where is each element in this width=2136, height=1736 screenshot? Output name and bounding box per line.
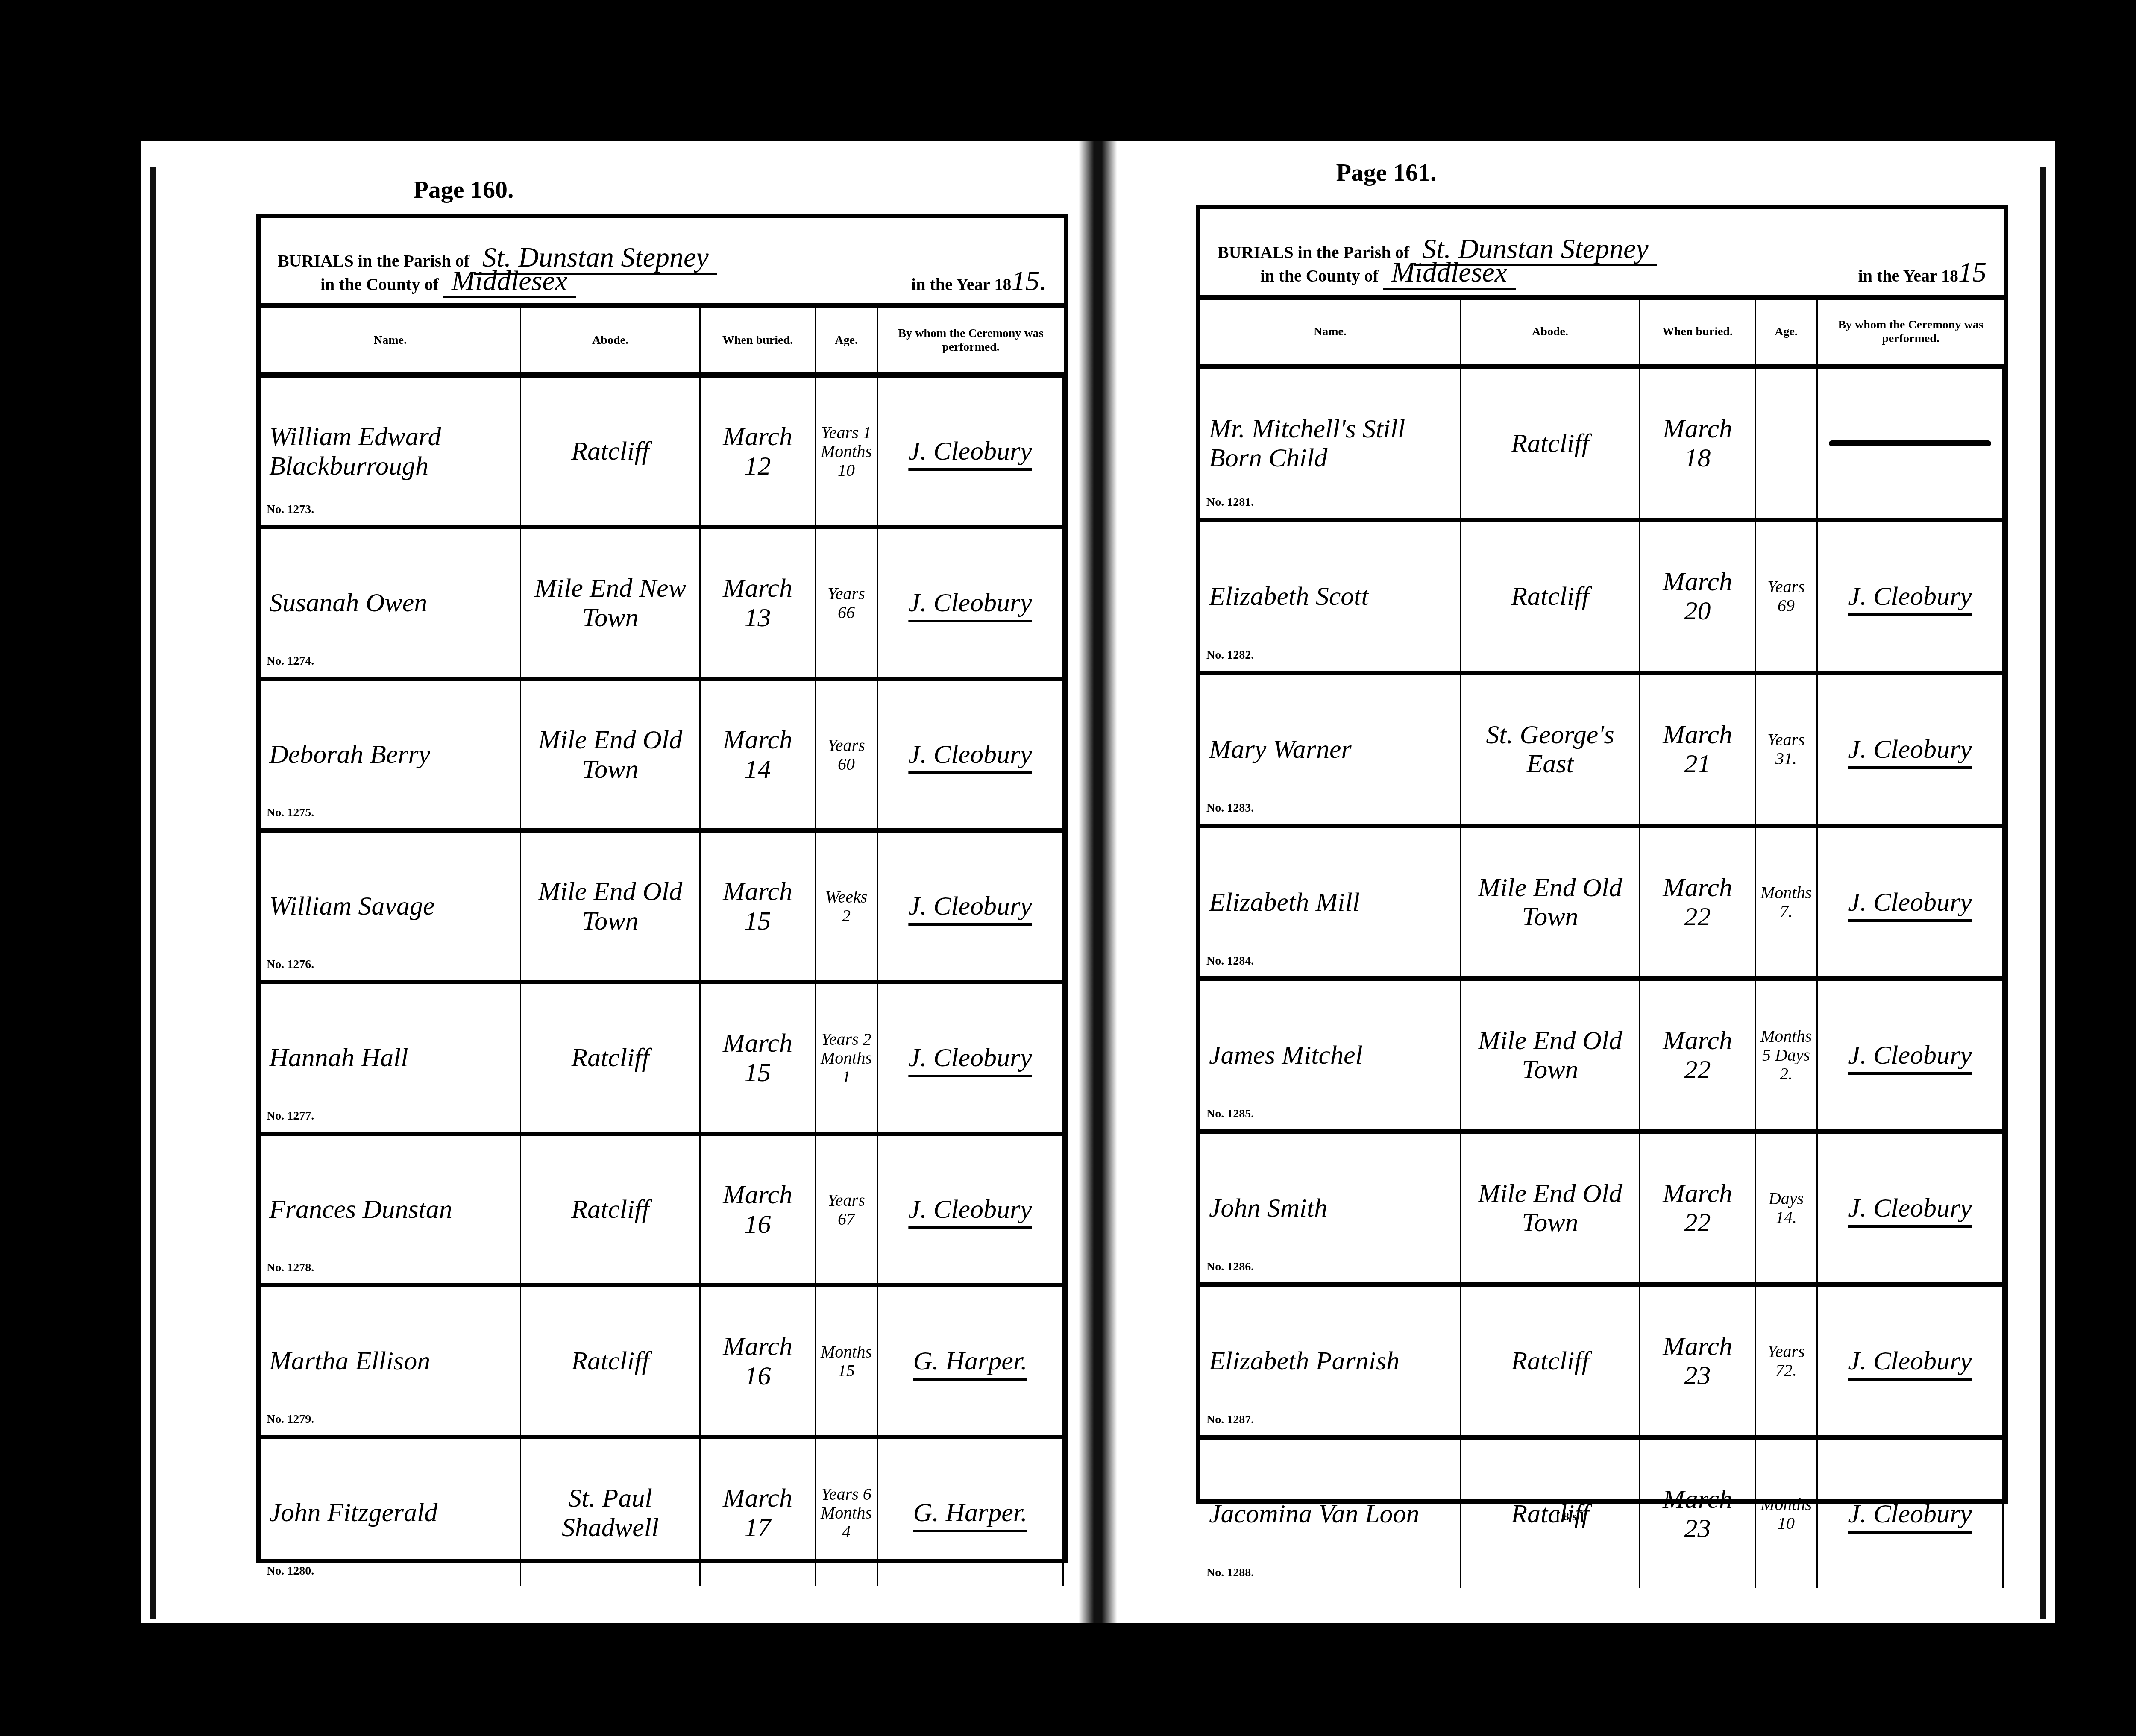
- burial-month: March: [723, 1332, 792, 1361]
- burial-date-cell: March23: [1640, 1287, 1756, 1435]
- blank-dash: [1829, 440, 1991, 446]
- burial-month: March: [1663, 873, 1732, 902]
- burial-day: 22: [1684, 902, 1711, 931]
- column-header: When buried.: [1640, 300, 1756, 364]
- column-header: Age.: [816, 308, 878, 372]
- abode: Mile End Old Town: [1464, 1026, 1636, 1084]
- burial-date-cell: March12: [701, 378, 816, 525]
- table-row: William Edward Blackburrough Ratcliff Ma…: [261, 378, 1064, 529]
- burial-date-cell: March22: [1640, 828, 1756, 976]
- age: Years 6 Months 4: [819, 1485, 873, 1541]
- burial-month: March: [723, 1029, 792, 1058]
- column-header: When buried.: [701, 308, 816, 372]
- abode-cell: Ratcliff: [521, 1287, 701, 1435]
- column-headers: Name.Abode.When buried.Age.By whom the C…: [261, 308, 1064, 378]
- abode-cell: Mile End New Town: [521, 529, 701, 677]
- age: Weeks 2: [819, 888, 873, 925]
- minister-cell: J. Cleobury: [878, 984, 1064, 1132]
- deceased-name: Frances Dunstan: [269, 1195, 452, 1224]
- entry-number: No. 1286.: [1206, 1260, 1254, 1274]
- minister-name: G. Harper.: [913, 1498, 1027, 1527]
- abode: Ratcliff: [1511, 582, 1589, 611]
- minister-cell: J. Cleobury: [878, 681, 1064, 828]
- burial-month: March: [1663, 1026, 1732, 1055]
- page-number: Page 161.: [936, 158, 1837, 187]
- burial-month: March: [723, 422, 792, 451]
- abode-cell: Ratcliff: [1461, 522, 1640, 671]
- minister-cell: [1818, 369, 2004, 518]
- column-header: Name.: [1200, 300, 1461, 364]
- right-page: Page 161. BURIALS in the Parish of St. D…: [1119, 141, 2021, 1585]
- age: Years 60: [819, 736, 873, 774]
- deceased-name: Mr. Mitchell's Still Born Child: [1209, 414, 1456, 472]
- age-cell: Years 67: [816, 1136, 878, 1283]
- minister-cell: J. Cleobury: [1818, 522, 2004, 671]
- year-suffix: 15.: [1012, 265, 1047, 296]
- minister-name: J. Cleobury: [1848, 1193, 1972, 1223]
- entry-number: No. 1287.: [1206, 1413, 1254, 1427]
- deceased-name: Elizabeth Scott: [1209, 582, 1369, 611]
- year-label: in the Year 18: [911, 275, 1011, 294]
- age-cell: Years 6 Months 4: [816, 1439, 878, 1586]
- abode-cell: St. George's East: [1461, 675, 1640, 824]
- deceased-name: Elizabeth Parnish: [1209, 1346, 1400, 1375]
- table-row: William Savage Mile End Old Town March15…: [261, 833, 1064, 984]
- entry-number: No. 1288.: [1206, 1566, 1254, 1580]
- burial-day: 22: [1684, 1055, 1711, 1084]
- abode: Ratcliff: [1511, 429, 1589, 458]
- abode: Mile End Old Town: [1464, 873, 1636, 931]
- burial-day: 18: [1684, 443, 1711, 472]
- table-row: Susanah Owen Mile End New Town March13 Y…: [261, 529, 1064, 681]
- age-cell: Years 1 Months 10: [816, 378, 878, 525]
- burial-month: March: [1663, 1485, 1732, 1514]
- county-label: in the County of: [320, 275, 439, 294]
- table-row: Elizabeth Parnish Ratcliff March23 Years…: [1200, 1287, 2004, 1440]
- burial-day: 22: [1684, 1208, 1711, 1237]
- table-row: Hannah Hall Ratcliff March15 Years 2 Mon…: [261, 984, 1064, 1136]
- abode-cell: Ratcliff: [1461, 369, 1640, 518]
- burial-date-cell: March16: [701, 1136, 816, 1283]
- deceased-name: Elizabeth Mill: [1209, 888, 1360, 917]
- register-book: Page 160. BURIALS in the Parish of St. D…: [141, 141, 2055, 1623]
- column-header: By whom the Ceremony was performed.: [1818, 300, 2004, 364]
- minister-name: J. Cleobury: [1848, 582, 1972, 611]
- age: Years 2 Months 1: [819, 1030, 873, 1086]
- abode-cell: Mile End Old Town: [521, 681, 701, 828]
- table-row: Elizabeth Mill Mile End Old Town March22…: [1200, 828, 2004, 981]
- abode: Ratcliff: [1511, 1346, 1589, 1375]
- abode-cell: Mile End Old Town: [521, 833, 701, 980]
- minister-cell: J. Cleobury: [1818, 828, 2004, 976]
- minister-cell: J. Cleobury: [878, 529, 1064, 677]
- minister-cell: J. Cleobury: [1818, 675, 2004, 824]
- burial-day: 15: [745, 1058, 771, 1087]
- minister-cell: G. Harper.: [878, 1439, 1064, 1586]
- abode: Mile End Old Town: [525, 877, 696, 935]
- abode: Ratcliff: [571, 1346, 649, 1375]
- burial-day: 16: [745, 1210, 771, 1239]
- burial-date-cell: March16: [701, 1287, 816, 1435]
- deceased-name: John Smith: [1209, 1193, 1327, 1223]
- abode-cell: St. Paul Shadwell: [521, 1439, 701, 1586]
- minister-cell: J. Cleobury: [878, 1136, 1064, 1283]
- minister-name: J. Cleobury: [908, 588, 1032, 617]
- burial-day: 16: [745, 1361, 771, 1390]
- minister-cell: G. Harper.: [878, 1287, 1064, 1435]
- county-name: Middlesex: [1383, 257, 1516, 290]
- burial-month: March: [1663, 567, 1732, 596]
- age: Years 67: [819, 1191, 873, 1229]
- minister-cell: J. Cleobury: [1818, 1134, 2004, 1282]
- entry-number: No. 1283.: [1206, 801, 1254, 815]
- burial-register-table: BURIALS in the Parish of St. Dunstan Ste…: [256, 214, 1068, 1563]
- table-row: Frances Dunstan Ratcliff March16 Years 6…: [261, 1136, 1064, 1287]
- minister-cell: J. Cleobury: [878, 378, 1064, 525]
- minister-name: J. Cleobury: [908, 891, 1032, 921]
- abode-cell: Mile End Old Town: [1461, 1134, 1640, 1282]
- table-row: Deborah Berry Mile End Old Town March14 …: [261, 681, 1064, 833]
- burial-month: March: [723, 725, 792, 754]
- abode: Ratcliff: [571, 437, 649, 466]
- minister-cell: J. Cleobury: [1818, 981, 2004, 1129]
- deceased-name: Mary Warner: [1209, 735, 1352, 764]
- abode: St. George's East: [1464, 720, 1636, 778]
- burial-month: March: [1663, 1179, 1732, 1208]
- age: Years 66: [819, 584, 873, 622]
- burial-date-cell: March13: [701, 529, 816, 677]
- burial-date-cell: March17: [701, 1439, 816, 1586]
- burial-day: 15: [745, 906, 771, 935]
- abode-cell: Mile End Old Town: [1461, 828, 1640, 976]
- year-suffix: 15: [1958, 257, 1986, 288]
- age-cell: [1756, 369, 1818, 518]
- entry-number: No. 1284.: [1206, 954, 1254, 968]
- abode-cell: Ratcliff: [521, 1136, 701, 1283]
- abode: Ratcliff: [571, 1195, 649, 1224]
- burial-date-cell: March14: [701, 681, 816, 828]
- county-label: in the County of: [1260, 266, 1379, 285]
- age-cell: Weeks 2: [816, 833, 878, 980]
- page-edge: [150, 167, 156, 1619]
- burial-date-cell: March15: [701, 833, 816, 980]
- table-row: John Smith Mile End Old Town March22 Day…: [1200, 1134, 2004, 1287]
- minister-cell: J. Cleobury: [1818, 1287, 2004, 1435]
- column-header: By whom the Ceremony was performed.: [878, 308, 1064, 372]
- minister-name: J. Cleobury: [908, 1195, 1032, 1224]
- age-cell: Years 31.: [1756, 675, 1818, 824]
- entry-number: No. 1282.: [1206, 648, 1254, 662]
- burial-date-cell: March22: [1640, 1134, 1756, 1282]
- year-label: in the Year 18: [1858, 266, 1958, 285]
- minister-name: J. Cleobury: [1848, 1346, 1972, 1375]
- deceased-name: Martha Ellison: [269, 1346, 430, 1375]
- age-cell: Years 60: [816, 681, 878, 828]
- table-row: John Fitzgerald St. Paul Shadwell March1…: [261, 1439, 1064, 1586]
- entry-number: No. 1281.: [1206, 496, 1254, 509]
- minister-name: J. Cleobury: [908, 740, 1032, 769]
- age: Years 1 Months 10: [819, 423, 873, 480]
- signature-mark: [ 8 s ]: [1119, 1510, 2021, 1524]
- abode: Ratcliff: [571, 1043, 649, 1072]
- left-page: Page 160. BURIALS in the Parish of St. D…: [175, 141, 1077, 1585]
- page-number: Page 160.: [13, 175, 914, 204]
- table-row: Mary Warner St. George's East March21 Ye…: [1200, 675, 2004, 828]
- age-cell: Months 15: [816, 1287, 878, 1435]
- minister-name: J. Cleobury: [1848, 1041, 1972, 1070]
- burial-date-cell: March21: [1640, 675, 1756, 824]
- deceased-name: William Edward Blackburrough: [269, 422, 516, 480]
- burial-month: March: [1663, 414, 1732, 443]
- age: Days 14.: [1759, 1189, 1813, 1227]
- burial-month: March: [723, 1180, 792, 1209]
- age-cell: Months 7.: [1756, 828, 1818, 976]
- age: Months 7.: [1759, 883, 1813, 921]
- column-header: Age.: [1756, 300, 1818, 364]
- age: Years 72.: [1759, 1342, 1813, 1380]
- entry-number: No. 1274.: [267, 654, 314, 668]
- minister-name: J. Cleobury: [1848, 888, 1972, 917]
- age-cell: Years 66: [816, 529, 878, 677]
- burial-month: March: [723, 1484, 792, 1513]
- burial-month: March: [723, 877, 792, 906]
- burial-month: March: [723, 574, 792, 603]
- book-gutter: [1079, 141, 1117, 1623]
- table-row: Mr. Mitchell's Still Born Child Ratcliff…: [1200, 369, 2004, 522]
- age-cell: Years 2 Months 1: [816, 984, 878, 1132]
- burial-day: 20: [1684, 596, 1711, 625]
- burial-day: 12: [745, 452, 771, 481]
- register-header: BURIALS in the Parish of St. Dunstan Ste…: [261, 218, 1064, 308]
- abode: St. Paul Shadwell: [525, 1484, 696, 1542]
- abode: Mile End New Town: [525, 574, 696, 632]
- age-cell: Years 72.: [1756, 1287, 1818, 1435]
- minister-name: J. Cleobury: [908, 437, 1032, 466]
- deceased-name: John Fitzgerald: [269, 1498, 437, 1527]
- burial-date-cell: March22: [1640, 981, 1756, 1129]
- burial-day: 14: [745, 755, 771, 784]
- entry-number: No. 1275.: [267, 806, 314, 820]
- table-row: Elizabeth Scott Ratcliff March20 Years 6…: [1200, 522, 2004, 675]
- table-row: James Mitchel Mile End Old Town March22 …: [1200, 981, 2004, 1134]
- entry-number: No. 1285.: [1206, 1107, 1254, 1121]
- deceased-name: William Savage: [269, 891, 434, 921]
- deceased-name: James Mitchel: [1209, 1041, 1363, 1070]
- burial-month: March: [1663, 720, 1732, 749]
- minister-name: J. Cleobury: [908, 1043, 1032, 1072]
- age: Months 15: [819, 1343, 873, 1380]
- burial-day: 17: [745, 1513, 771, 1542]
- burial-day: 23: [1684, 1361, 1711, 1390]
- column-header: Abode.: [521, 308, 701, 372]
- entry-number: No. 1273.: [267, 503, 314, 516]
- entry-number: No. 1277.: [267, 1109, 314, 1123]
- minister-name: G. Harper.: [913, 1346, 1027, 1375]
- minister-cell: J. Cleobury: [878, 833, 1064, 980]
- table-row: Martha Ellison Ratcliff March16 Months 1…: [261, 1287, 1064, 1439]
- entry-number: No. 1276.: [267, 958, 314, 971]
- age-cell: Months 5 Days 2.: [1756, 981, 1818, 1129]
- minister-name: J. Cleobury: [1848, 735, 1972, 764]
- entry-number: No. 1280.: [267, 1564, 314, 1578]
- entry-number: No. 1279.: [267, 1413, 314, 1426]
- abode-cell: Ratcliff: [521, 378, 701, 525]
- age: Years 31.: [1759, 730, 1813, 768]
- abode-cell: Mile End Old Town: [1461, 981, 1640, 1129]
- entry-number: No. 1278.: [267, 1261, 314, 1275]
- deceased-name: Susanah Owen: [269, 588, 427, 617]
- burial-day: 21: [1684, 749, 1711, 778]
- register-header: BURIALS in the Parish of St. Dunstan Ste…: [1200, 209, 2004, 300]
- burial-date-cell: March15: [701, 984, 816, 1132]
- burial-date-cell: March20: [1640, 522, 1756, 671]
- abode-cell: Ratcliff: [1461, 1287, 1640, 1435]
- age-cell: Days 14.: [1756, 1134, 1818, 1282]
- burial-day: 13: [745, 603, 771, 632]
- deceased-name: Hannah Hall: [269, 1043, 408, 1072]
- page-edge: [2040, 167, 2046, 1619]
- column-headers: Name.Abode.When buried.Age.By whom the C…: [1200, 300, 2004, 369]
- burial-month: March: [1663, 1332, 1732, 1361]
- abode: Mile End Old Town: [525, 725, 696, 783]
- abode-cell: Ratcliff: [521, 984, 701, 1132]
- abode: Mile End Old Town: [1464, 1179, 1636, 1237]
- age-cell: Years 69: [1756, 522, 1818, 671]
- burial-date-cell: March18: [1640, 369, 1756, 518]
- deceased-name: Deborah Berry: [269, 740, 430, 769]
- county-name: Middlesex: [443, 265, 576, 298]
- column-header: Name.: [261, 308, 521, 372]
- age: Years 69: [1759, 578, 1813, 615]
- column-header: Abode.: [1461, 300, 1640, 364]
- burial-register-table: BURIALS in the Parish of St. Dunstan Ste…: [1196, 205, 2008, 1504]
- age: Months 5 Days 2.: [1759, 1027, 1813, 1083]
